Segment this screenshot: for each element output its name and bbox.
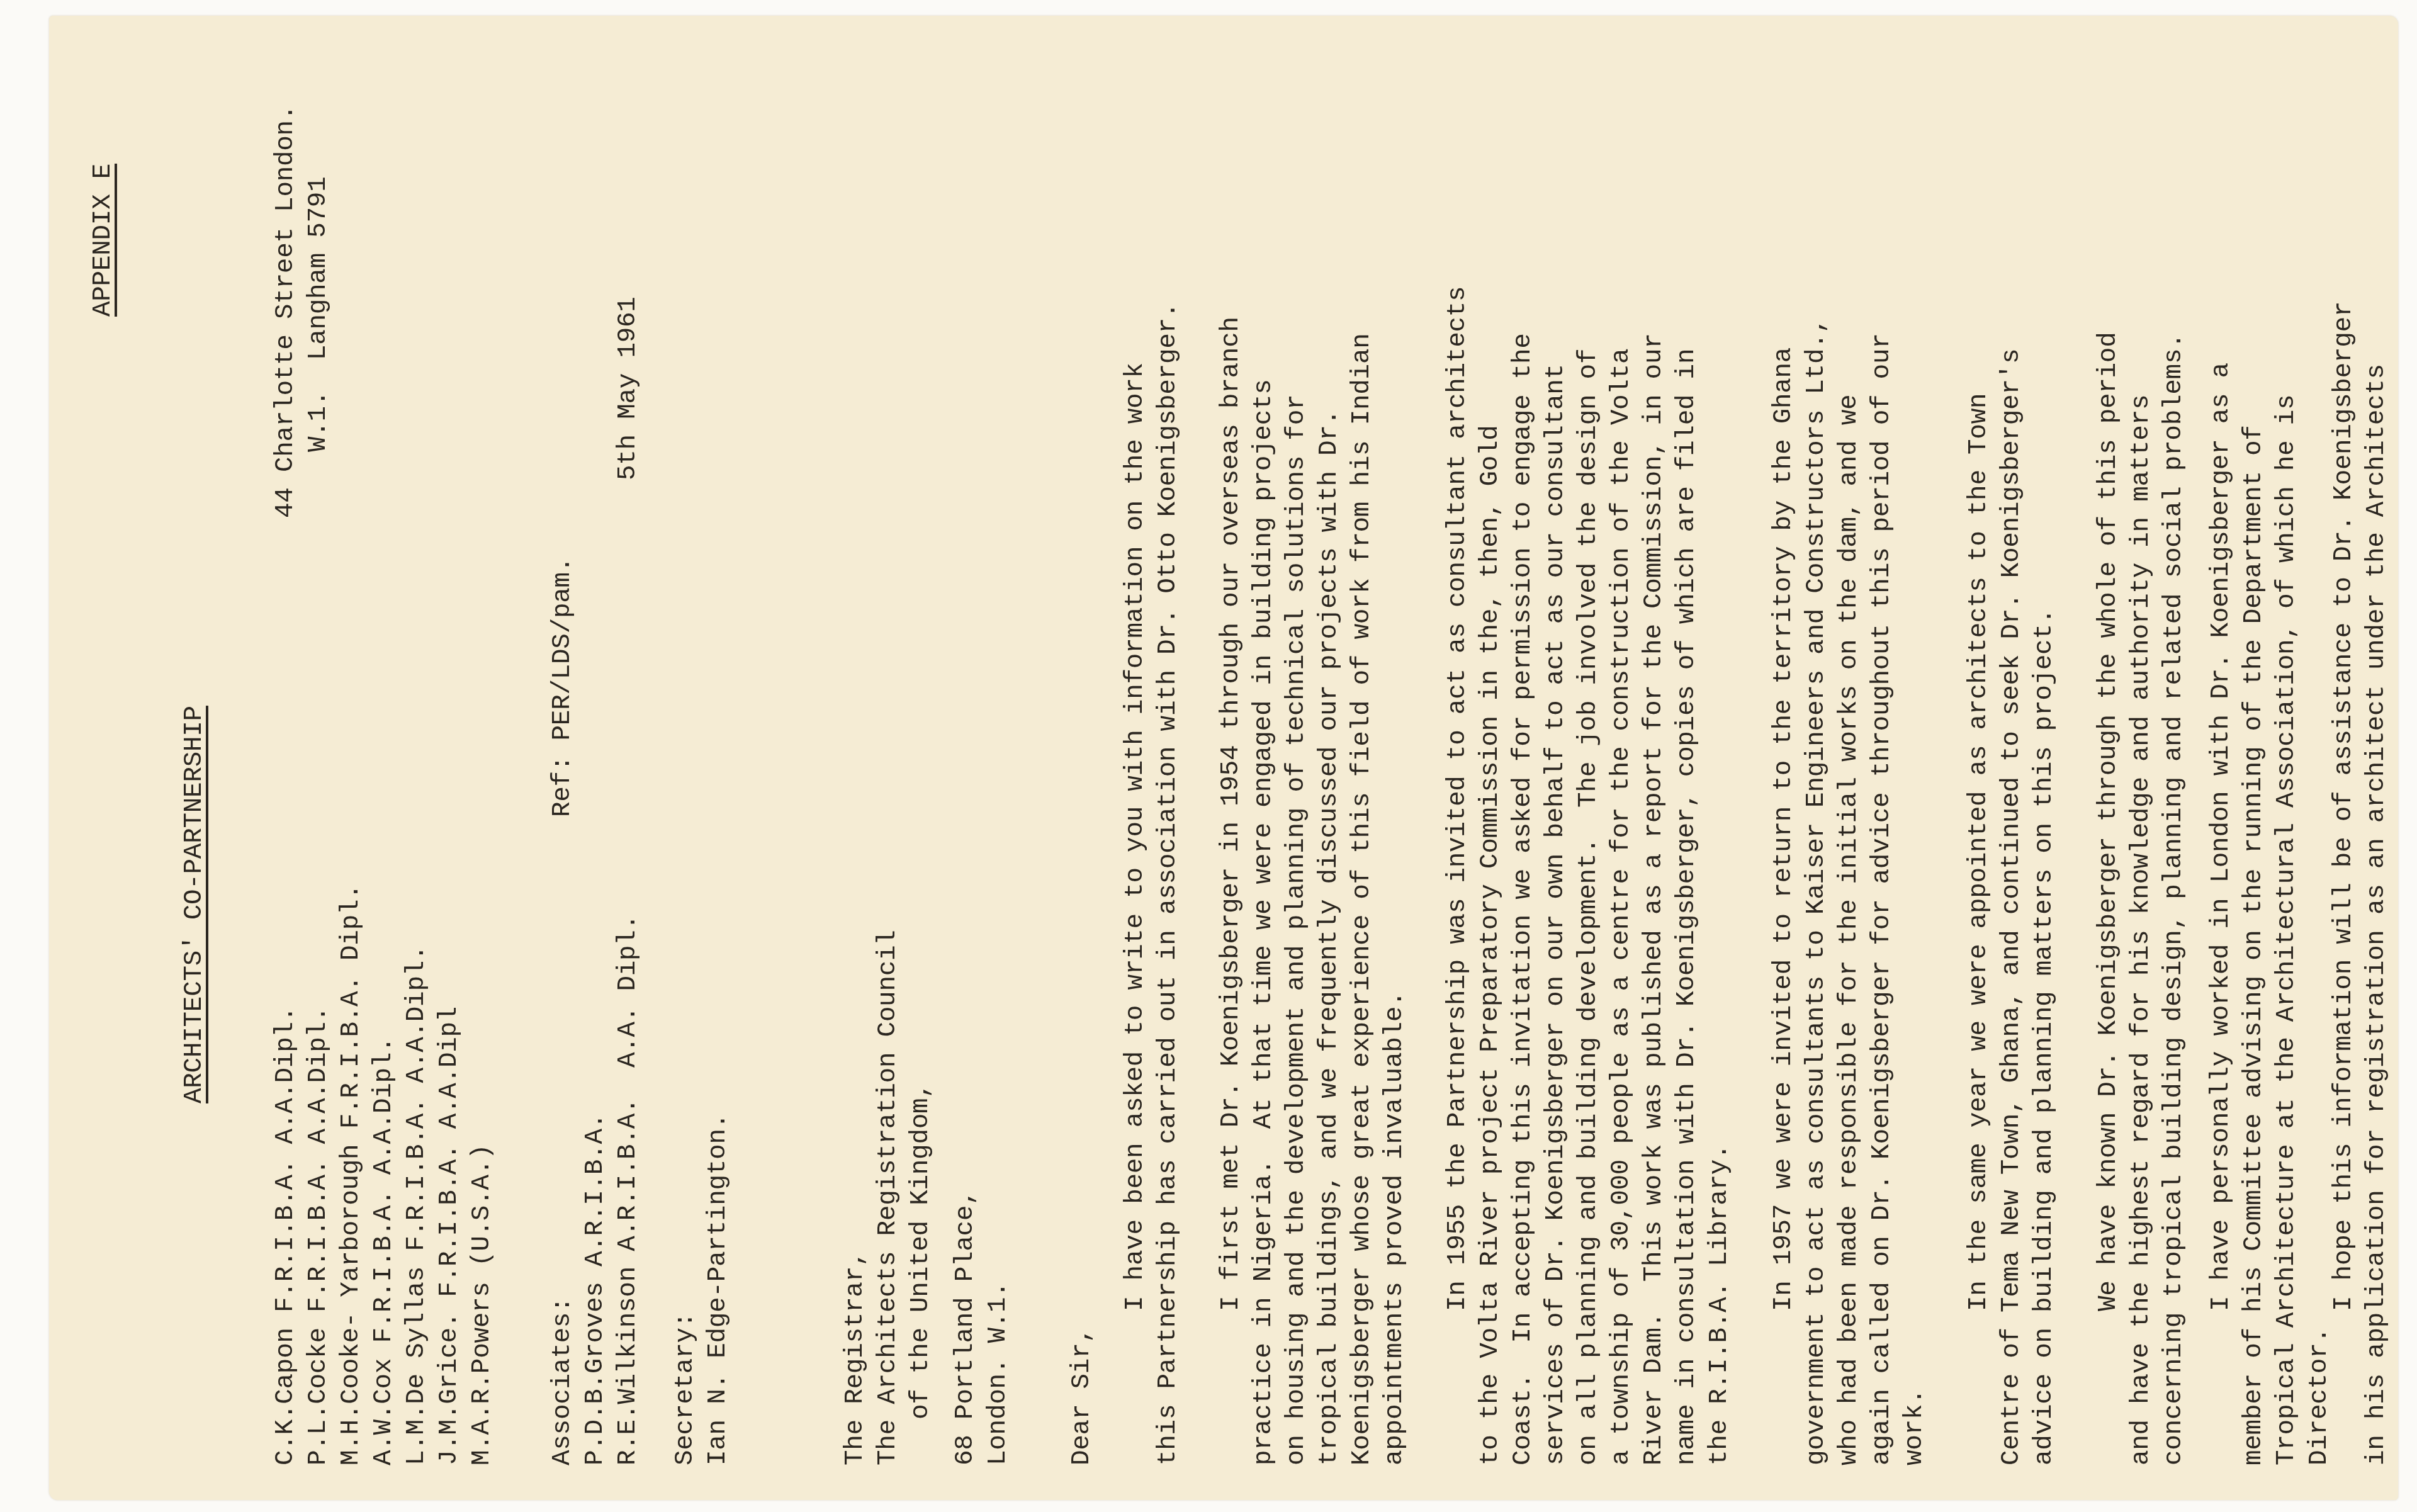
- body-line: Centre of Tema New Town, Ghana, and cont…: [1995, 349, 2028, 1465]
- salutation: Dear Sir,: [1066, 1328, 1098, 1465]
- body-line: Coast. In accepting this invitation we a…: [1507, 334, 1540, 1466]
- body-line: In the same year we were appointed as ar…: [1963, 393, 1995, 1311]
- body-line: practice in Nigeria. At that time we wer…: [1248, 379, 1280, 1465]
- appendix-label: APPENDIX E: [87, 164, 120, 317]
- body-line: Koenigsberger whose great experience of …: [1346, 334, 1378, 1466]
- body-line: appointments proved invaluable.: [1378, 991, 1411, 1465]
- body-line: who had been made responsible for the in…: [1833, 395, 1866, 1465]
- partner-entry: C.K.Capon F.R.I.B.A. A.A.Dipl.: [269, 1007, 302, 1465]
- body-line: and have the highest regard for his know…: [2125, 395, 2158, 1465]
- body-line: on housing and the development and plann…: [1280, 395, 1313, 1465]
- recipient-line: 68 Portland Place,: [949, 1190, 982, 1465]
- body-line: I have personally worked in London with …: [2205, 363, 2238, 1311]
- letter-date: 5th May 1961: [612, 296, 645, 480]
- recipient-line: of the United Kingdom,: [904, 1083, 937, 1465]
- reference: Ref: PER/LDS/pam.: [546, 557, 579, 817]
- body-line: advice on building and planning matters …: [2028, 609, 2061, 1465]
- body-line: a township of 30,000 people as a centre …: [1605, 349, 1638, 1465]
- partner-entry: L.M.De Syllas F.R.I.B.A. A.A.Dipl.: [400, 945, 433, 1465]
- recipient-line: The Architects Registration Council: [872, 930, 904, 1465]
- letter-page: APPENDIX E ARCHITECTS' CO-PARTNERSHIP 44…: [49, 16, 2398, 1500]
- body-line: member of his Committee advising on the …: [2238, 425, 2270, 1465]
- body-line: to the Volta River project Preparatory C…: [1474, 425, 1507, 1465]
- body-line: the R.I.B.A. Library.: [1703, 1144, 1736, 1465]
- partner-entry: M.A.R.Powers (U.S.A.): [466, 1144, 499, 1465]
- body-line: government to act as consultants to Kais…: [1800, 318, 1833, 1465]
- body-line: Director.: [2303, 1328, 2336, 1465]
- recipient-line: The Registrar,: [839, 1251, 872, 1465]
- body-line: work.: [1898, 1389, 1931, 1465]
- body-line: I hope this information will be of assis…: [2328, 302, 2360, 1311]
- recipient-line: London. W.1.: [982, 1282, 1015, 1465]
- partner-entry: J.M.Grice. F.R.I.B.A. A.A.Dipl: [433, 1007, 466, 1465]
- body-line: I have been asked to write to you with i…: [1119, 363, 1152, 1311]
- firm-name: ARCHITECTS' CO-PARTNERSHIP: [178, 706, 211, 1103]
- body-line: again called on Dr. Koenigsberger for ad…: [1866, 334, 1898, 1466]
- body-line: tropical buildings, and we frequently di…: [1313, 410, 1346, 1465]
- body-line: We have known Dr. Koenigsberger through …: [2092, 332, 2125, 1311]
- associate-entry: P.D.B.Groves A.R.I.B.A.: [579, 1114, 612, 1465]
- partner-entry: P.L.Cocke F.R.I.B.A. A.A.Dipl.: [302, 1007, 335, 1465]
- associate-entry: R.E.Wilkinson A.R.I.B.A. A.A. Dipl.: [612, 915, 645, 1465]
- associates-label: Associates:: [546, 1297, 579, 1465]
- address-line-2: W.1. Langham 5791: [302, 177, 335, 452]
- body-line: concerning tropical building design, pla…: [2158, 334, 2190, 1466]
- body-line: this Partnership has carried out in asso…: [1152, 303, 1185, 1465]
- body-line: name in consultation with Dr. Koenigsber…: [1670, 349, 1703, 1465]
- body-line: services of Dr. Koenigsberger on our own…: [1540, 364, 1572, 1465]
- secretary-label: Secretary:: [669, 1312, 702, 1465]
- body-line: I first met Dr. Koenigsberger in 1954 th…: [1215, 317, 1248, 1311]
- secretary-name: Ian N. Edge-Partington.: [702, 1114, 735, 1465]
- body-line: Tropical Architecture at the Architectur…: [2270, 395, 2303, 1465]
- partner-entry: M.H.Cooke- Yarborough F.R.I.B.A. Dipl.: [335, 884, 368, 1465]
- partner-entry: A.W.Cox F.R.I.B.A. A.A.Dipl.: [368, 1037, 400, 1465]
- body-line: In 1957 we were invited to return to the…: [1767, 347, 1800, 1311]
- address-line-1: 44 Charlotte Street London.: [269, 105, 302, 518]
- body-line: on all planning and building development…: [1572, 349, 1605, 1465]
- body-line: in his application for registration as a…: [2360, 364, 2393, 1465]
- body-line: In 1955 the Partnership was invited to a…: [1441, 286, 1474, 1311]
- body-line: River Dam. This work was published as a …: [1638, 334, 1670, 1466]
